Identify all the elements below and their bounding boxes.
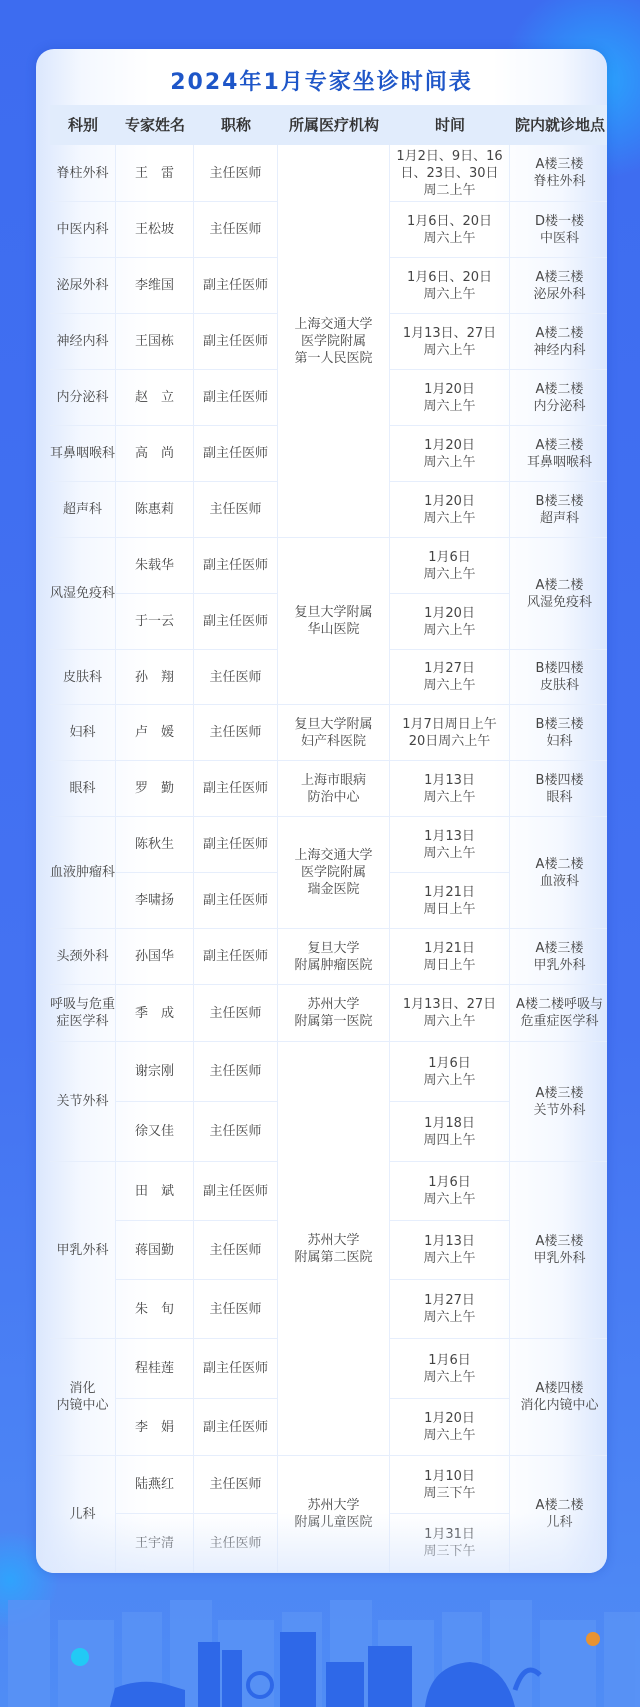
clinic-location-cell: A楼三楼 甲乳外科	[510, 1162, 607, 1339]
clinic-location-cell: A楼二楼 儿科	[510, 1456, 607, 1573]
schedule-time-cell: 1月6日 周六上午	[390, 1162, 510, 1221]
doctor-rank-cell: 主任医师	[194, 985, 278, 1042]
schedule-time-cell: 1月21日 周日上午	[390, 929, 510, 985]
doctor-name-cell: 王宇清	[116, 1514, 194, 1573]
clinic-location-cell: A楼三楼 耳鼻咽喉科	[510, 426, 607, 482]
clinic-location-cell: B楼四楼 眼科	[510, 761, 607, 817]
doctor-name-cell: 李维国	[116, 258, 194, 314]
hospital-org-cell: 复旦大学附属 妇产科医院	[278, 705, 390, 761]
dept-cell: 血液肿瘤科	[50, 817, 116, 929]
schedule-time-cell: 1月6日 周六上午	[390, 1339, 510, 1399]
dept-cell: 关节外科	[50, 1042, 116, 1162]
doctor-name-cell: 徐又佳	[116, 1102, 194, 1162]
schedule-time-cell: 1月20日 周六上午	[390, 426, 510, 482]
city-skyline-illustration	[0, 1580, 640, 1707]
header-name: 专家姓名	[116, 105, 194, 145]
hospital-org-cell: 苏州大学 附属儿童医院	[278, 1456, 390, 1573]
doctor-name-cell: 季 成	[116, 985, 194, 1042]
dept-cell: 甲乳外科	[50, 1162, 116, 1339]
header-rank: 职称	[194, 105, 278, 145]
doctor-rank-cell: 主任医师	[194, 1280, 278, 1339]
schedule-time-cell: 1月20日 周六上午	[390, 1399, 510, 1456]
schedule-time-cell: 1月13日 周六上午	[390, 761, 510, 817]
schedule-time-cell: 1月20日 周六上午	[390, 482, 510, 538]
dept-cell: 超声科	[50, 482, 116, 538]
doctor-name-cell: 罗 勤	[116, 761, 194, 817]
doctor-name-cell: 孙 翔	[116, 650, 194, 705]
dept-cell: 儿科	[50, 1456, 116, 1573]
schedule-time-cell: 1月6日、20日 周六上午	[390, 202, 510, 258]
hospital-org-cell: 上海交通大学 医学院附属 第一人民医院	[278, 145, 390, 538]
doctor-name-cell: 卢 媛	[116, 705, 194, 761]
schedule-time-cell: 1月10日 周三下午	[390, 1456, 510, 1514]
doctor-rank-cell: 主任医师	[194, 202, 278, 258]
doctor-name-cell: 朱载华	[116, 538, 194, 594]
clinic-location-cell: A楼二楼 内分泌科	[510, 370, 607, 426]
clinic-location-cell: A楼三楼 甲乳外科	[510, 929, 607, 985]
doctor-name-cell: 李 娟	[116, 1399, 194, 1456]
dept-cell: 神经内科	[50, 314, 116, 370]
clinic-location-cell: A楼三楼 脊柱外科	[510, 145, 607, 202]
clinic-location-cell: B楼四楼 皮肤科	[510, 650, 607, 705]
doctor-rank-cell: 主任医师	[194, 650, 278, 705]
schedule-time-cell: 1月13日、27日 周六上午	[390, 314, 510, 370]
doctor-name-cell: 李啸扬	[116, 873, 194, 929]
doctor-rank-cell: 主任医师	[194, 145, 278, 202]
doctor-rank-cell: 副主任医师	[194, 817, 278, 873]
doctor-name-cell: 蒋国勤	[116, 1221, 194, 1280]
doctor-name-cell: 高 尚	[116, 426, 194, 482]
doctor-rank-cell: 副主任医师	[194, 761, 278, 817]
clinic-location-cell: A楼二楼 神经内科	[510, 314, 607, 370]
doctor-rank-cell: 主任医师	[194, 1456, 278, 1514]
page-title: 2024年1月专家坐诊时间表	[36, 65, 607, 96]
dept-cell: 耳鼻咽喉科	[50, 426, 116, 482]
schedule-time-cell: 1月21日 周日上午	[390, 873, 510, 929]
dept-cell: 皮肤科	[50, 650, 116, 705]
doctor-rank-cell: 主任医师	[194, 705, 278, 761]
doctor-rank-cell: 主任医师	[194, 482, 278, 538]
dept-cell: 妇科	[50, 705, 116, 761]
clinic-location-cell: B楼三楼 超声科	[510, 482, 607, 538]
schedule-time-cell: 1月6日 周六上午	[390, 538, 510, 594]
clinic-location-cell: A楼四楼 消化内镜中心	[510, 1339, 607, 1456]
schedule-time-cell: 1月2日、9日、16 日、23日、30日 周二上午	[390, 145, 510, 202]
doctor-rank-cell: 副主任医师	[194, 314, 278, 370]
dept-cell: 风湿免疫科	[50, 538, 116, 650]
doctor-rank-cell: 主任医师	[194, 1221, 278, 1280]
doctor-rank-cell: 副主任医师	[194, 1339, 278, 1399]
header-time: 时间	[390, 105, 510, 145]
doctor-rank-cell: 副主任医师	[194, 1399, 278, 1456]
schedule-time-cell: 1月20日 周六上午	[390, 594, 510, 650]
doctor-name-cell: 朱 旬	[116, 1280, 194, 1339]
schedule-time-cell: 1月13日、27日 周六上午	[390, 985, 510, 1042]
schedule-time-cell: 1月13日 周六上午	[390, 1221, 510, 1280]
doctor-name-cell: 王松坡	[116, 202, 194, 258]
schedule-time-cell: 1月6日 周六上午	[390, 1042, 510, 1102]
dept-cell: 呼吸与危重 症医学科	[50, 985, 116, 1042]
doctor-rank-cell: 主任医师	[194, 1042, 278, 1102]
doctor-name-cell: 陈惠莉	[116, 482, 194, 538]
doctor-rank-cell: 副主任医师	[194, 594, 278, 650]
clinic-location-cell: A楼二楼 风湿免疫科	[510, 538, 607, 650]
doctor-name-cell: 孙国华	[116, 929, 194, 985]
doctor-rank-cell: 副主任医师	[194, 258, 278, 314]
doctor-name-cell: 陈秋生	[116, 817, 194, 873]
schedule-time-cell: 1月18日 周四上午	[390, 1102, 510, 1162]
hospital-org-cell: 复旦大学 附属肿瘤医院	[278, 929, 390, 985]
dept-cell: 内分泌科	[50, 370, 116, 426]
schedule-time-cell: 1月13日 周六上午	[390, 817, 510, 873]
doctor-name-cell: 田 斌	[116, 1162, 194, 1221]
doctor-name-cell: 赵 立	[116, 370, 194, 426]
table-header: 科别 专家姓名 职称 所属医疗机构 时间 院内就诊地点	[50, 105, 607, 145]
doctor-rank-cell: 副主任医师	[194, 929, 278, 985]
schedule-time-cell: 1月6日、20日 周六上午	[390, 258, 510, 314]
schedule-time-cell: 1月31日 周三下午	[390, 1514, 510, 1573]
header-location: 院内就诊地点	[510, 105, 607, 145]
doctor-rank-cell: 副主任医师	[194, 370, 278, 426]
doctor-name-cell: 王 雷	[116, 145, 194, 202]
clinic-location-cell: A楼二楼 血液科	[510, 817, 607, 929]
hospital-org-cell: 上海交通大学 医学院附属 瑞金医院	[278, 817, 390, 929]
schedule-time-cell: 1月7日周日上午 20日周六上午	[390, 705, 510, 761]
header-org: 所属医疗机构	[278, 105, 390, 145]
doctor-name-cell: 陆燕红	[116, 1456, 194, 1514]
clinic-location-cell: B楼三楼 妇科	[510, 705, 607, 761]
doctor-name-cell: 谢宗刚	[116, 1042, 194, 1102]
dept-cell: 头颈外科	[50, 929, 116, 985]
dept-cell: 中医内科	[50, 202, 116, 258]
schedule-card: 2024年1月专家坐诊时间表 科别 专家姓名 职称 所属医疗机构 时间 院内就诊…	[36, 49, 607, 1573]
schedule-time-cell: 1月27日 周六上午	[390, 650, 510, 705]
doctor-rank-cell: 主任医师	[194, 1102, 278, 1162]
dept-cell: 泌尿外科	[50, 258, 116, 314]
doctor-name-cell: 王国栋	[116, 314, 194, 370]
hospital-org-cell: 上海市眼病 防治中心	[278, 761, 390, 817]
doctor-rank-cell: 副主任医师	[194, 426, 278, 482]
clinic-location-cell: A楼二楼呼吸与 危重症医学科	[510, 985, 607, 1042]
doctor-rank-cell: 主任医师	[194, 1514, 278, 1573]
schedule-time-cell: 1月27日 周六上午	[390, 1280, 510, 1339]
doctor-name-cell: 程桂莲	[116, 1339, 194, 1399]
clinic-location-cell: A楼三楼 关节外科	[510, 1042, 607, 1162]
doctor-rank-cell: 副主任医师	[194, 538, 278, 594]
clinic-location-cell: D楼一楼 中医科	[510, 202, 607, 258]
doctor-rank-cell: 副主任医师	[194, 873, 278, 929]
schedule-time-cell: 1月20日 周六上午	[390, 370, 510, 426]
dept-cell: 脊柱外科	[50, 145, 116, 202]
hospital-org-cell: 苏州大学 附属第二医院	[278, 1042, 390, 1456]
clinic-location-cell: A楼三楼 泌尿外科	[510, 258, 607, 314]
dept-cell: 眼科	[50, 761, 116, 817]
dept-cell: 消化 内镜中心	[50, 1339, 116, 1456]
hospital-org-cell: 复旦大学附属 华山医院	[278, 538, 390, 705]
doctor-name-cell: 于一云	[116, 594, 194, 650]
header-dept: 科别	[50, 105, 116, 145]
hospital-org-cell: 苏州大学 附属第一医院	[278, 985, 390, 1042]
doctor-rank-cell: 副主任医师	[194, 1162, 278, 1221]
